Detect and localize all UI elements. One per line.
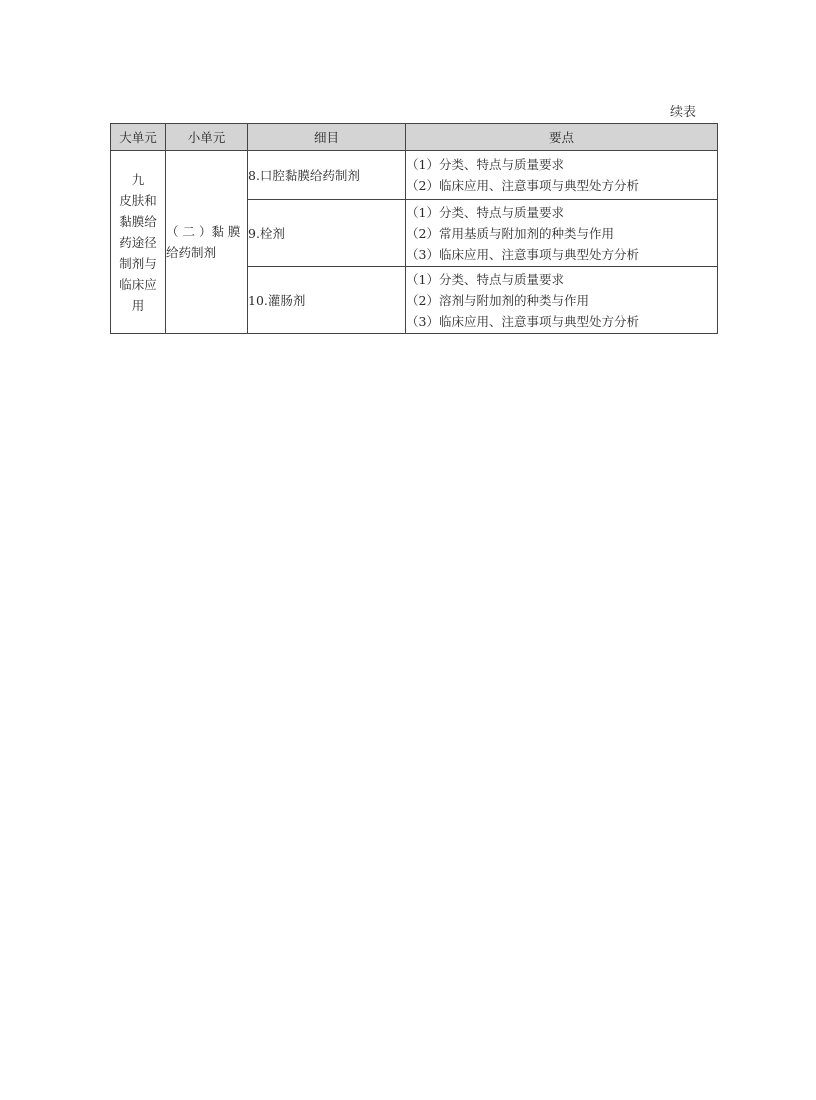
key-point: （1）分类、特点与质量要求 (406, 202, 717, 223)
big-unit-line: 药途径 (111, 232, 165, 253)
header-key-points: 要点 (406, 124, 718, 151)
key-points-cell: （1）分类、特点与质量要求 （2）临床应用、注意事项与典型处方分析 (406, 151, 718, 200)
key-point: （2）常用基质与附加剂的种类与作用 (406, 223, 717, 244)
syllabus-table: 大单元 小单元 细目 要点 九 皮肤和 黏膜给 药途径 制剂与 临床应 用 （ … (110, 123, 718, 334)
header-item: 细目 (248, 124, 406, 151)
big-unit-line: 黏膜给 (111, 211, 165, 232)
key-point: （3）临床应用、注意事项与典型处方分析 (406, 311, 717, 332)
table-row: 九 皮肤和 黏膜给 药途径 制剂与 临床应 用 （ 二 ）黏 膜 给药制剂 8.… (111, 151, 718, 200)
big-unit-line: 制剂与 (111, 253, 165, 274)
small-unit-cell: （ 二 ）黏 膜 给药制剂 (166, 151, 248, 334)
item-cell: 10.灌肠剂 (248, 267, 406, 334)
key-point: （2）临床应用、注意事项与典型处方分析 (406, 175, 717, 196)
key-point: （1）分类、特点与质量要求 (406, 269, 717, 290)
key-point: （2）溶剂与附加剂的种类与作用 (406, 290, 717, 311)
header-big-unit: 大单元 (111, 124, 166, 151)
big-unit-line: 临床应 (111, 274, 165, 295)
header-small-unit: 小单元 (166, 124, 248, 151)
key-points-cell: （1）分类、特点与质量要求 （2）常用基质与附加剂的种类与作用 （3）临床应用、… (406, 200, 718, 267)
item-cell: 9.栓剂 (248, 200, 406, 267)
table-caption-continued: 续表 (640, 104, 696, 122)
big-unit-line: 九 (111, 169, 165, 190)
small-unit-line: 给药制剂 (166, 242, 247, 263)
key-points-cell: （1）分类、特点与质量要求 （2）溶剂与附加剂的种类与作用 （3）临床应用、注意… (406, 267, 718, 334)
key-point: （3）临床应用、注意事项与典型处方分析 (406, 244, 717, 265)
table-header-row: 大单元 小单元 细目 要点 (111, 124, 718, 151)
big-unit-line: 用 (111, 295, 165, 316)
big-unit-cell: 九 皮肤和 黏膜给 药途径 制剂与 临床应 用 (111, 151, 166, 334)
key-point: （1）分类、特点与质量要求 (406, 154, 717, 175)
big-unit-line: 皮肤和 (111, 190, 165, 211)
item-cell: 8.口腔黏膜给药制剂 (248, 151, 406, 200)
small-unit-line: （ 二 ）黏 膜 (166, 221, 247, 242)
